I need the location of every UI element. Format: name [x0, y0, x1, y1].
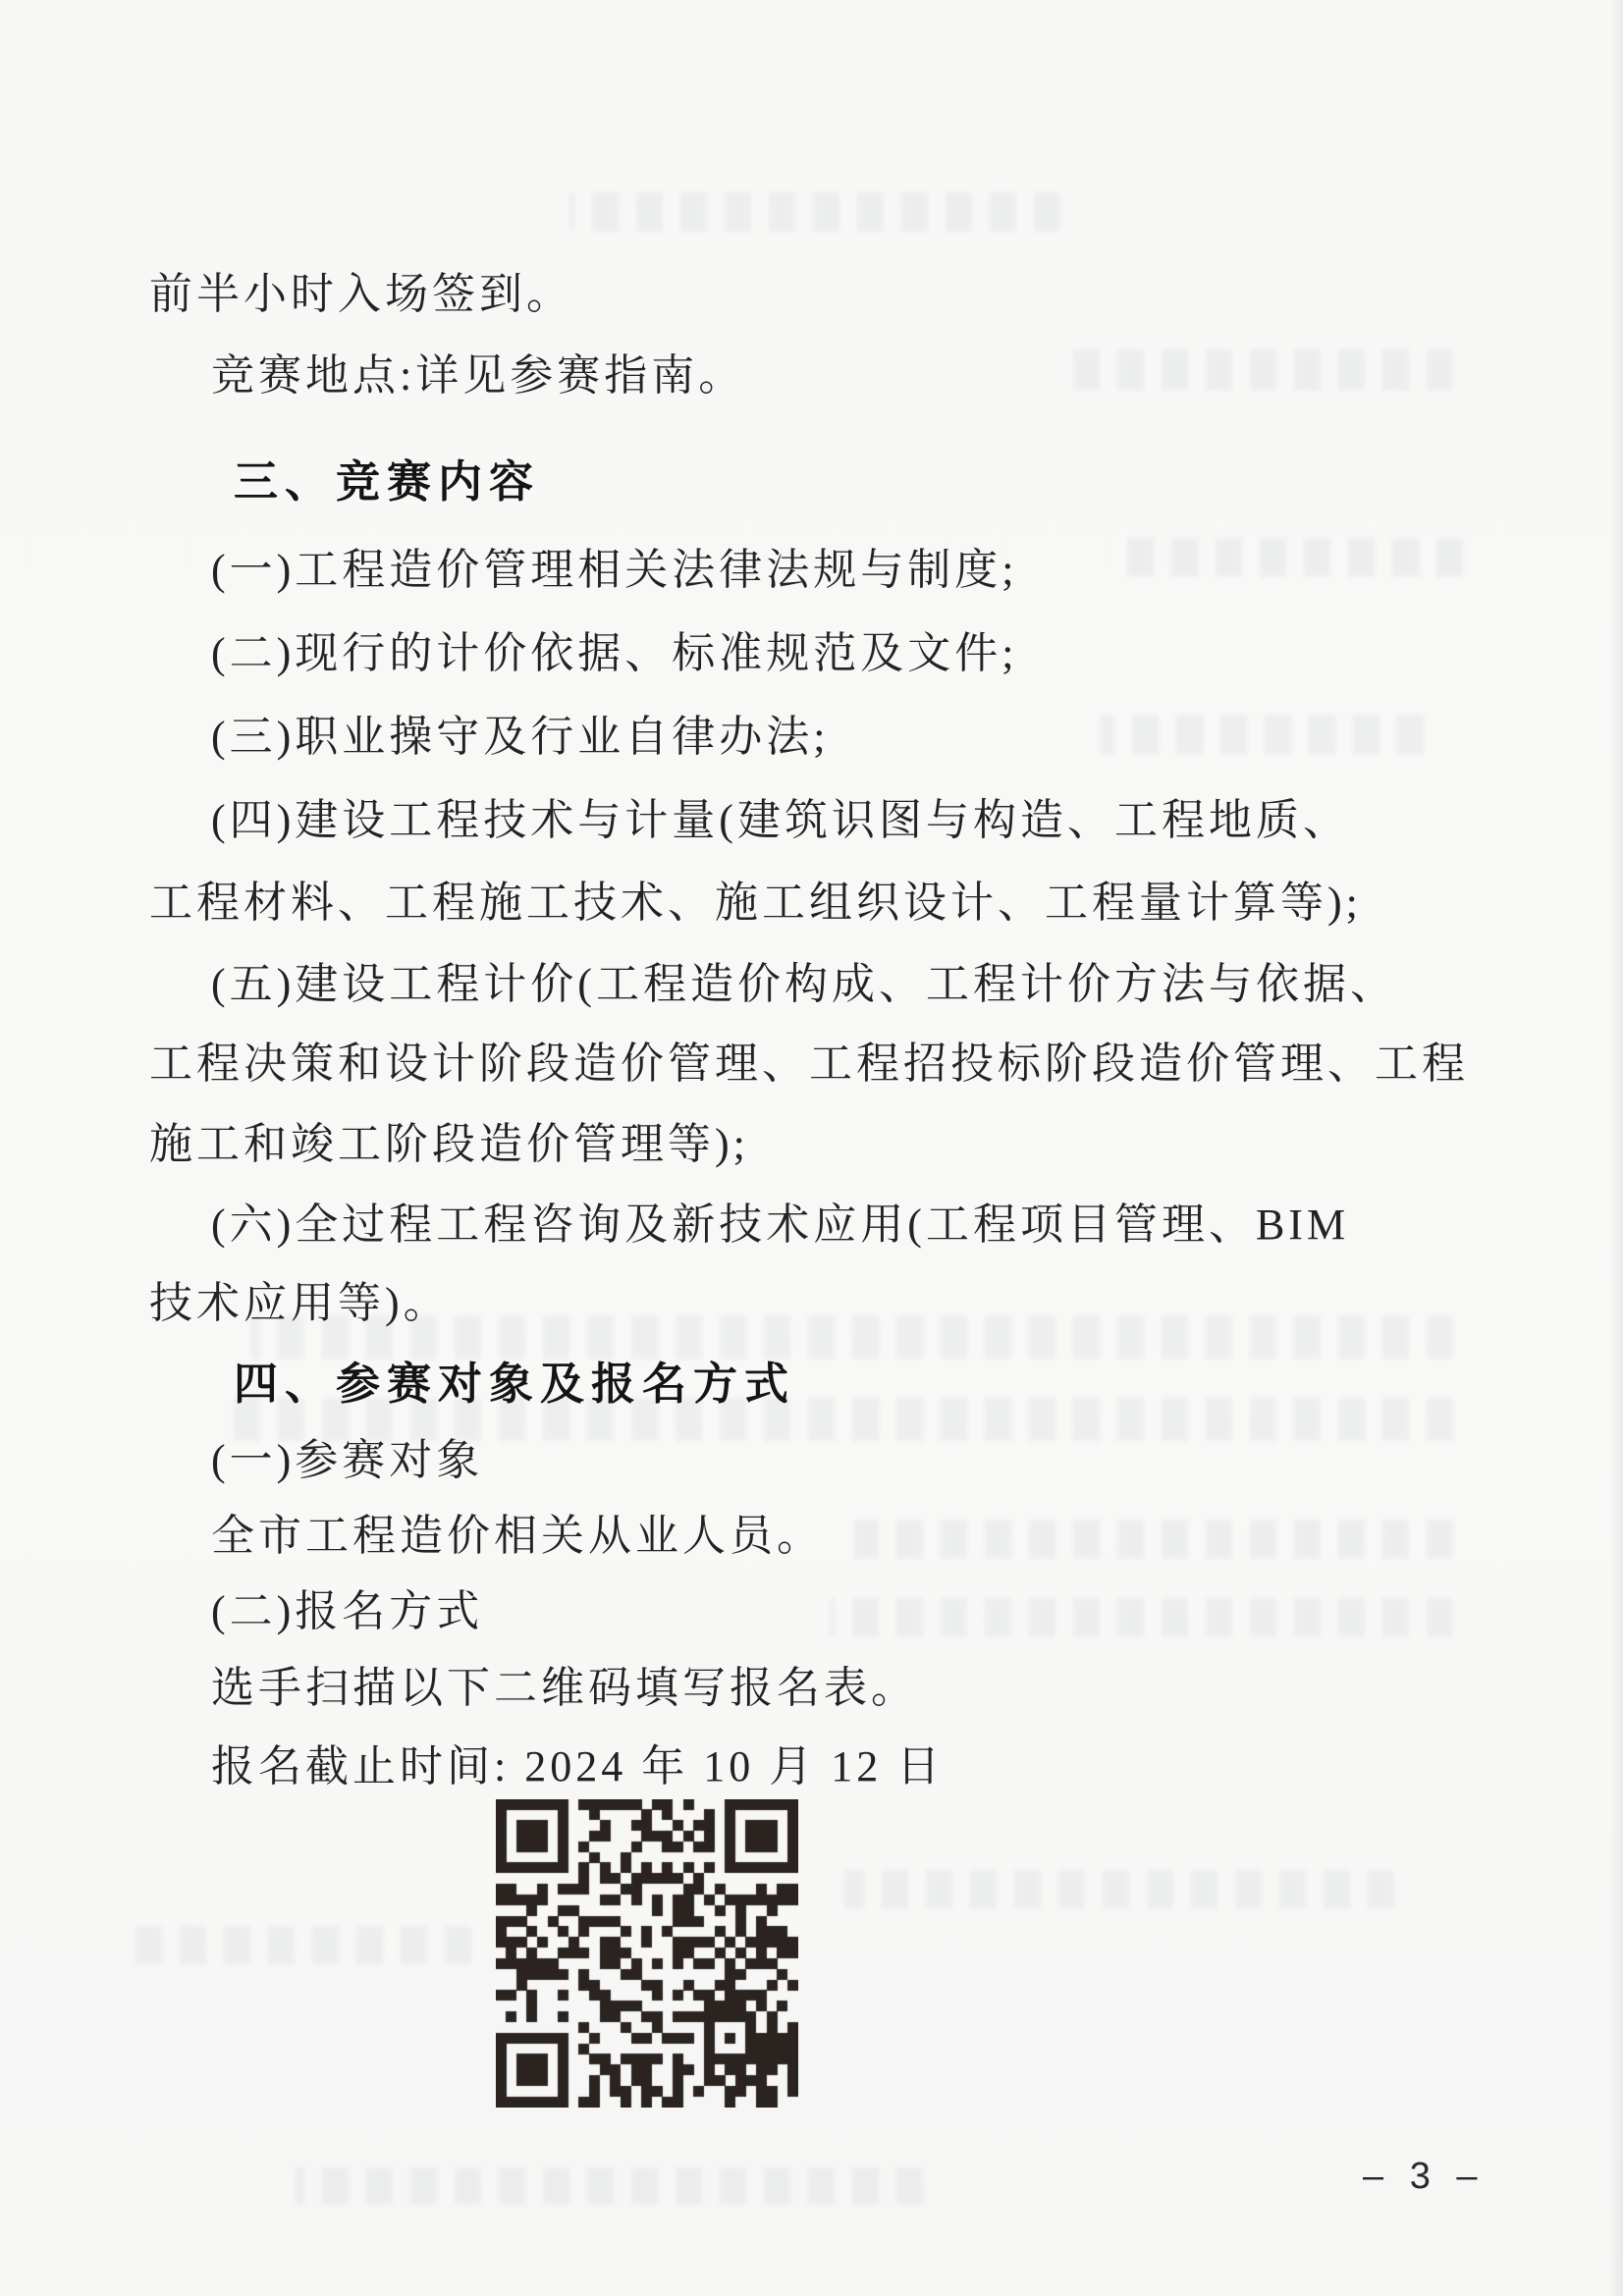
document-page: 前半小时入场签到。 竞赛地点:详见参赛指南。 三、竞赛内容 (一)工程造价管理相…: [0, 0, 1623, 2296]
page-number: – 3 –: [1363, 2156, 1486, 2198]
list-item-4-line1: (四)建设工程技术与计量(建筑识图与构造、工程地质、: [211, 793, 1350, 848]
paragraph-deadline: 报名截止时间: 2024 年 10 月 12 日: [211, 1739, 944, 1794]
list-item-2: (二)现行的计价依据、标准规范及文件;: [211, 626, 1018, 681]
paragraph-venue: 竞赛地点:详见参赛指南。: [211, 348, 745, 403]
bleed-through-artifact: [1100, 715, 1424, 754]
list-item-3: (三)职业操守及行业自律办法;: [211, 710, 830, 765]
bleed-through-artifact: [830, 1598, 1453, 1637]
heading-participants-registration: 四、参赛对象及报名方式: [234, 1357, 795, 1412]
bleed-through-artifact: [854, 1520, 1453, 1559]
bleed-through-artifact: [844, 1870, 1394, 1909]
paragraph-participants-scope: 全市工程造价相关从业人员。: [211, 1509, 824, 1564]
bleed-through-artifact: [1119, 538, 1463, 577]
paragraph-scan-qr: 选手扫描以下二维码填写报名表。: [211, 1661, 918, 1716]
bleed-through-artifact: [1060, 349, 1453, 391]
sub-item-registration-method: (二)报名方式: [211, 1584, 483, 1639]
list-item-5-line3: 施工和竣工阶段造价管理等);: [149, 1117, 749, 1172]
bleed-through-artifact: [118, 1926, 471, 1965]
list-item-6-line2: 技术应用等)。: [149, 1276, 451, 1331]
sub-item-participants: (一)参赛对象: [211, 1433, 483, 1488]
list-item-5-line1: (五)建设工程计价(工程造价构成、工程计价方法与依据、: [211, 957, 1397, 1012]
bleed-through-artifact: [295, 2167, 923, 2205]
bleed-through-artifact: [569, 192, 1060, 232]
paragraph-signin-continuation: 前半小时入场签到。: [149, 267, 573, 322]
scan-edge-shadow: [1609, 0, 1623, 2296]
registration-qr-code: [496, 1799, 798, 2108]
list-item-6-line1: (六)全过程工程咨询及新技术应用(工程项目管理、BIM: [211, 1198, 1349, 1253]
list-item-1: (一)工程造价管理相关法律法规与制度;: [211, 543, 1018, 598]
list-item-5-line2: 工程决策和设计阶段造价管理、工程招投标阶段造价管理、工程: [149, 1037, 1469, 1092]
heading-competition-content: 三、竞赛内容: [234, 454, 540, 509]
list-item-4-line2: 工程材料、工程施工技术、施工组织设计、工程量计算等);: [149, 876, 1362, 931]
qr-code-canvas: [496, 1799, 798, 2108]
